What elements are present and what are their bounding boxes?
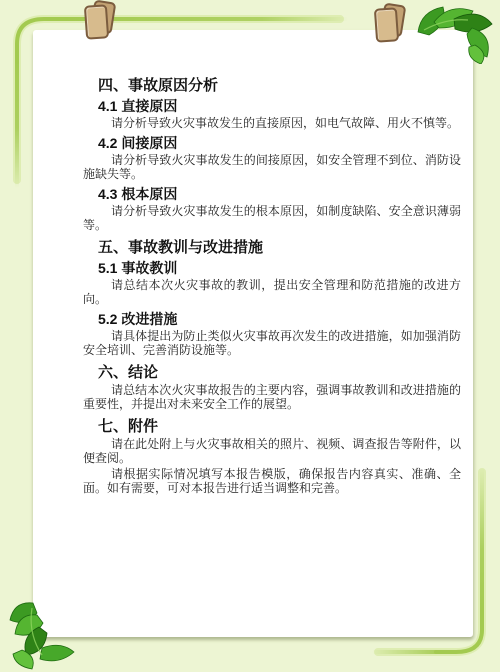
paragraph: 请根据实际情况填写本报告模版，确保报告内容真实、准确、全面。如有需要，可对本报告… <box>83 467 461 495</box>
paragraph: 请总结本次火灾事故报告的主要内容，强调事故教训和改进措施的重要性，并提出对未来安… <box>83 383 461 411</box>
wooden-clip-left <box>82 1 118 41</box>
leaf-decoration-bottom-left <box>2 600 84 670</box>
wooden-clip-front-piece <box>84 4 109 40</box>
paragraph: 请分析导致火灾事故发生的直接原因，如电气故障、用火不慎等。 <box>83 116 461 130</box>
wooden-clip-right <box>372 4 408 44</box>
paragraph: 请在此处附上与火灾事故相关的照片、视频、调查报告等附件，以便查阅。 <box>83 437 461 465</box>
leaf-decoration-top-right <box>416 2 498 64</box>
paper-card: 四、事故原因分析4.1 直接原因请分析导致火灾事故发生的直接原因，如电气故障、用… <box>33 30 473 637</box>
paragraph: 请具体提出为防止类似火灾事故再次发生的改进措施，如加强消防安全培训、完善消防设施… <box>83 329 461 357</box>
section-heading: 4.2 间接原因 <box>98 136 461 151</box>
section-heading: 七、附件 <box>98 419 461 434</box>
section-heading: 五、事故教训与改进措施 <box>98 240 461 255</box>
section-heading: 4.3 根本原因 <box>98 187 461 202</box>
paragraph: 请分析导致火灾事故发生的根本原因，如制度缺陷、安全意识薄弱等。 <box>83 204 461 232</box>
section-heading: 4.1 直接原因 <box>98 99 461 114</box>
wooden-clip-front-piece <box>374 7 399 43</box>
section-heading: 5.2 改进措施 <box>98 312 461 327</box>
paragraph: 请总结本次火灾事故的教训，提出安全管理和防范措施的改进方向。 <box>83 278 461 306</box>
page-background: 四、事故原因分析4.1 直接原因请分析导致火灾事故发生的直接原因，如电气故障、用… <box>0 0 500 672</box>
document-content: 四、事故原因分析4.1 直接原因请分析导致火灾事故发生的直接原因，如电气故障、用… <box>33 30 473 637</box>
section-heading: 六、结论 <box>98 365 461 380</box>
section-heading: 5.1 事故教训 <box>98 261 461 276</box>
paragraph: 请分析导致火灾事故发生的间接原因，如安全管理不到位、消防设施缺失等。 <box>83 153 461 181</box>
section-heading: 四、事故原因分析 <box>98 78 461 93</box>
